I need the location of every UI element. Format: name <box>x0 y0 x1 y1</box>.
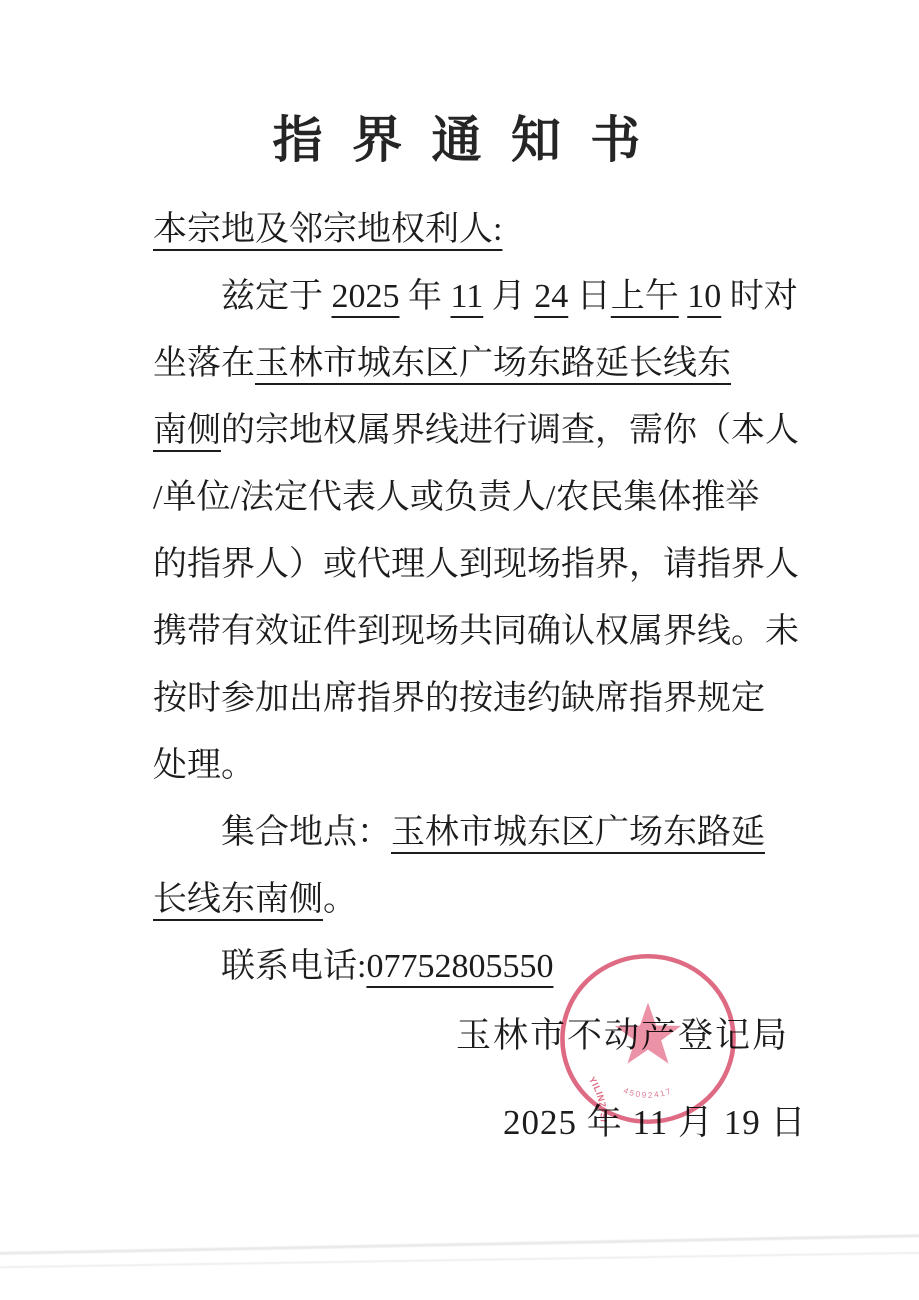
text-segment: 的指界人）或代理人到现场指界，请指界人 <box>153 546 799 583</box>
underlined-text: 11 <box>451 278 484 315</box>
document-line: 本宗地及邻宗地权利人: <box>153 196 813 263</box>
underlined-text: 2025 <box>332 278 400 315</box>
document-page: 指 界 通 知 书 本宗地及邻宗地权利人:兹定于 2025 年 11 月 24 … <box>0 0 919 1300</box>
text-segment: 。 <box>323 881 357 918</box>
document-line: /单位/法定代表人或负责人/农民集体推举 <box>153 464 813 531</box>
scan-artifact-line <box>0 1252 919 1269</box>
text-segment: /单位/法定代表人或负责人/农民集体推举 <box>153 479 759 516</box>
text-segment <box>679 278 688 315</box>
text-segment: 日 <box>568 278 611 315</box>
underlined-text: 本宗地及邻宗地权利人: <box>153 211 502 248</box>
document-line: 携带有效证件到现场共同确认权属界线。未 <box>153 598 813 665</box>
underlined-text: 24 <box>534 278 568 315</box>
document-title: 指 界 通 知 书 <box>0 100 919 172</box>
text-segment: 兹定于 <box>221 278 332 315</box>
document-line: 处理。 <box>153 732 813 799</box>
underlined-text: 玉林市城东区广场东路延长线东 <box>255 345 731 382</box>
document-line: 的指界人）或代理人到现场指界，请指界人 <box>153 531 813 598</box>
seal-code: 45092417 <box>622 1086 674 1100</box>
text-segment: 年 <box>400 278 451 315</box>
document-line: 集合地点：玉林市城东区广场东路延 <box>153 799 813 866</box>
text-segment: 联系电话: <box>221 948 366 985</box>
text-segment: 按时参加出席指界的按违约缺席指界规定 <box>153 680 765 717</box>
underlined-text: 10 <box>687 278 721 315</box>
underlined-text: 长线东南侧 <box>153 881 323 918</box>
official-seal-stamp: YILINZ SI MBOUJDUNGCANJ GIZ 玉林市不动产登记局 45… <box>556 950 740 1128</box>
underlined-text: 上午 <box>611 278 679 315</box>
document-body: 本宗地及邻宗地权利人:兹定于 2025 年 11 月 24 日上午 10 时对坐… <box>153 196 813 1000</box>
underlined-text: 南侧 <box>153 412 221 449</box>
text-segment: 处理。 <box>153 747 255 784</box>
text-segment: 携带有效证件到现场共同确认权属界线。未 <box>153 613 799 650</box>
document-line: 坐落在玉林市城东区广场东路延长线东 <box>153 330 813 397</box>
text-segment: 坐落在 <box>153 345 255 382</box>
scan-artifact-line <box>0 1234 919 1255</box>
document-line: 按时参加出席指界的按违约缺席指界规定 <box>153 665 813 732</box>
text-segment: 的宗地权属界线进行调查，需你（本人 <box>221 412 799 449</box>
text-segment: 时对 <box>721 278 798 315</box>
text-segment: 月 <box>483 278 534 315</box>
underlined-text: 玉林市城东区广场东路延 <box>391 814 765 851</box>
seal-zhuang-text: YILINZ SI MBOUJDUNGCANJ GIZ <box>556 1075 609 1128</box>
document-line: 兹定于 2025 年 11 月 24 日上午 10 时对 <box>153 263 813 330</box>
document-line: 南侧的宗地权属界线进行调查，需你（本人 <box>153 397 813 464</box>
text-segment: 集合地点： <box>221 814 391 851</box>
underlined-text: 07752805550 <box>366 948 553 985</box>
document-line: 长线东南侧。 <box>153 866 813 933</box>
star-icon <box>615 1003 681 1064</box>
